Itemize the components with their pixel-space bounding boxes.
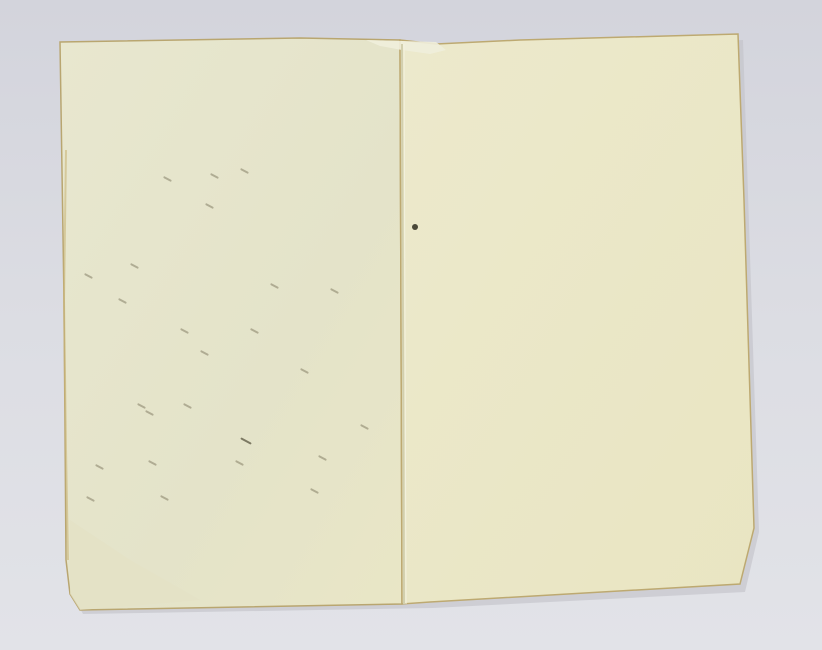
- paper-sheet: [0, 0, 822, 650]
- document-photo: [0, 0, 822, 650]
- left-page: [60, 38, 402, 610]
- ink-spot: [412, 224, 418, 230]
- right-page: [400, 34, 754, 604]
